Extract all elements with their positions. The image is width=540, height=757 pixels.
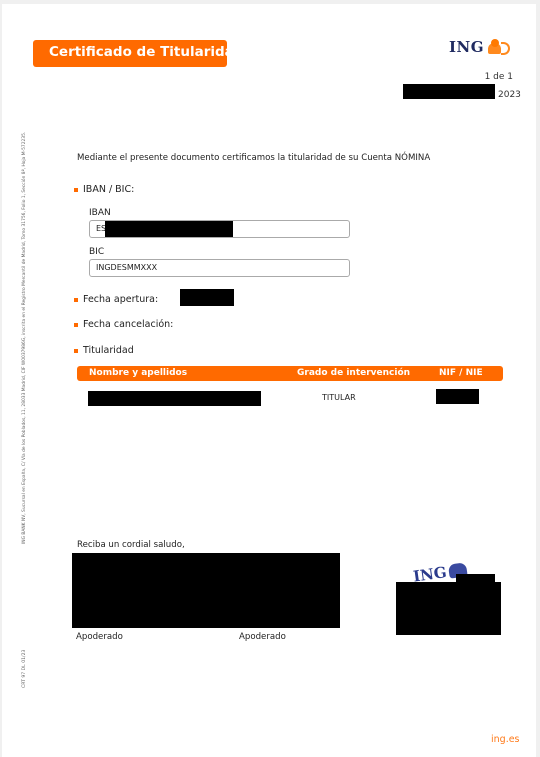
document-page: Certificado de Titularidad ING 1 de 1 20… bbox=[2, 4, 536, 757]
redacted-holder-name bbox=[88, 391, 261, 406]
section-label: Titularidad bbox=[83, 345, 134, 356]
ownership-table-header: Nombre y apellidos Grado de intervención… bbox=[77, 366, 503, 381]
intro-text: Mediante el presente documento certifica… bbox=[77, 153, 430, 163]
redacted-opening-date bbox=[180, 289, 234, 306]
section-ownership: Titularidad bbox=[74, 345, 134, 356]
section-label: Fecha apertura: bbox=[83, 294, 158, 305]
redacted-stamp bbox=[396, 582, 501, 635]
footer-website-link[interactable]: ing.es bbox=[491, 734, 520, 745]
iban-label: IBAN bbox=[89, 208, 111, 218]
bullet-icon bbox=[74, 349, 78, 353]
header-role: Grado de intervención bbox=[297, 368, 410, 378]
lion-icon bbox=[487, 39, 509, 55]
section-iban-bic: IBAN / BIC: bbox=[74, 184, 134, 195]
redacted-date bbox=[403, 84, 495, 99]
page-indicator: 1 de 1 bbox=[485, 72, 513, 82]
iban-field: ES bbox=[89, 220, 350, 238]
document-title: Certificado de Titularidad bbox=[49, 44, 243, 60]
legal-side-text: ING BANK NV, Sucursal en España, C/ Vía … bbox=[22, 132, 27, 544]
section-opening-date: Fecha apertura: bbox=[74, 294, 158, 305]
bic-field: INGDESMMXXX bbox=[89, 259, 350, 277]
bullet-icon bbox=[74, 188, 78, 192]
closing-text: Reciba un cordial saludo, bbox=[77, 540, 185, 550]
form-code: CRT 97 DL 01/23 bbox=[22, 650, 27, 688]
ing-logo: ING bbox=[449, 37, 509, 57]
title-banner: Certificado de Titularidad bbox=[33, 40, 227, 67]
bullet-icon bbox=[74, 323, 78, 327]
header-name: Nombre y apellidos bbox=[89, 368, 187, 378]
signatory-1-role: Apoderado bbox=[76, 632, 123, 642]
bic-label: BIC bbox=[89, 247, 104, 257]
holder-role: TITULAR bbox=[322, 393, 356, 402]
date-year: 2023 bbox=[498, 90, 521, 100]
section-label: Fecha cancelación: bbox=[83, 319, 173, 330]
redacted-signatures bbox=[72, 553, 340, 628]
ing-wordmark: ING bbox=[449, 38, 484, 56]
bic-value: INGDESMMXXX bbox=[96, 263, 157, 272]
header-nif: NIF / NIE bbox=[439, 368, 483, 378]
signatory-2-role: Apoderado bbox=[239, 632, 286, 642]
section-label: IBAN / BIC: bbox=[83, 184, 134, 195]
redacted-holder-nif bbox=[436, 389, 479, 404]
bullet-icon bbox=[74, 298, 78, 302]
redacted-iban bbox=[105, 221, 233, 237]
section-cancellation-date: Fecha cancelación: bbox=[74, 319, 173, 330]
